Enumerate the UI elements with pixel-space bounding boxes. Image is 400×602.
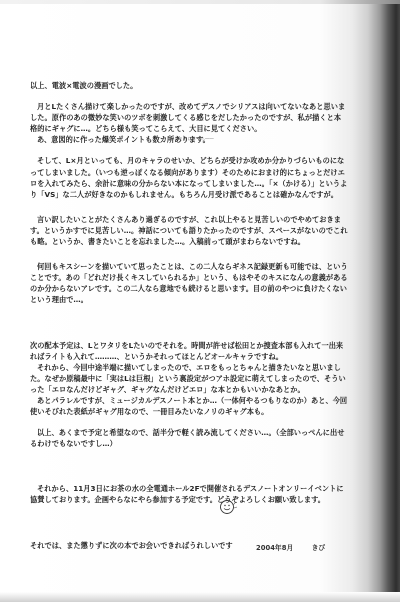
signature: 2004年8月 きび [256, 542, 341, 552]
paragraph-3: そして、L×月といっても、月のキャラのせいか、どちらが受けか攻めか分かりづらいも… [30, 155, 348, 199]
paragraph-2: あ、意図的に作った爆笑ポイントも数カ所あります。 [30, 134, 348, 145]
paragraph-8: あとパラレルですが、ミュージカルデスノート本とか…（一体何やるつもりなのか）あと… [30, 395, 348, 417]
paragraph-5: 何回もキスシーンを描いていて思ったことは、この二人ならギネス記録更新も可能では、… [30, 261, 348, 305]
page-top-edge [0, 0, 400, 4]
paragraph-intro: 以上、電波×電波の漫画でした。 [30, 80, 348, 91]
afterword-text: 以上、電波×電波の漫画でした。 月とLたくさん描けて楽しかったのですが、改めてデ… [30, 80, 348, 551]
page-bottom-edge [0, 592, 400, 602]
paragraph-9: 以上、あくまで予定と希望なので、話半分で軽く読み流してください…。（全部いっぺん… [30, 427, 348, 449]
paragraph-4: 言い訳したいことがたくさんあり過ぎるのですが、これ以上やると見苦しいのでやめてお… [30, 214, 348, 247]
paragraph-7: それから、今回中途半端に描いてしまったので、エロをもっとちゃんと描きたいなと思い… [30, 362, 348, 395]
paragraph-10: それから、11月3日にお茶の水の全電通ホール2Fで開催されるデスノートオンリーイ… [30, 483, 348, 505]
paragraph-6: 次の配本予定は、LとワタリをLたいのでそれを。時間が許せば松田とか捜査本部も入れ… [30, 340, 348, 362]
paragraph-1: 月とLたくさん描けて楽しかったのですが、改めてデスノでシリアスは向いてないなあと… [30, 101, 348, 134]
signature-author: きび [312, 544, 326, 552]
scanned-page: ほんとあはきやら―― 以上、電波×電波の漫画でした。 月とLたくさん描けて楽しか… [0, 0, 400, 602]
signature-date: 2004年8月 [256, 544, 293, 552]
smiley-face-icon [218, 498, 242, 516]
